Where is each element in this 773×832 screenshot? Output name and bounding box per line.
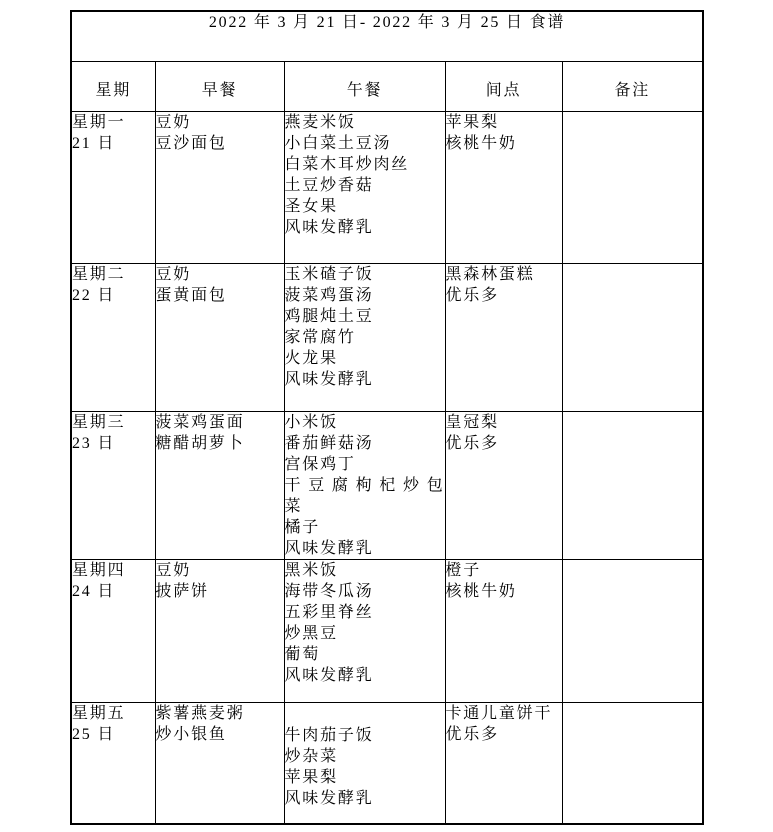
menu-line: 圣女果 (285, 196, 445, 217)
menu-line: 优乐多 (446, 724, 562, 745)
menu-line: 小白菜土豆汤 (285, 133, 445, 154)
menu-line: 星期一 (72, 112, 155, 133)
menu-line: 菠菜鸡蛋汤 (285, 285, 445, 306)
menu-line: 优乐多 (446, 433, 562, 454)
menu-line: 家常腐竹 (285, 327, 445, 348)
menu-line: 星期二 (72, 264, 155, 285)
menu-table: 2022 年 3 月 21 日- 2022 年 3 月 25 日 食谱 星期 早… (70, 10, 704, 825)
menu-line: 炒杂菜 (285, 746, 445, 767)
menu-line: 土豆炒香菇 (285, 175, 445, 196)
cell-lunch-wednesday: 小米饭番茄鲜菇汤宫保鸡丁干豆腐枸杞炒包菜橘子风味发酵乳 (284, 411, 445, 559)
cell-note-wednesday (562, 411, 703, 559)
menu-line: 火龙果 (285, 348, 445, 369)
menu-line: 橘子 (285, 517, 445, 538)
menu-line: 炒小银鱼 (156, 724, 284, 745)
menu-line: 燕麦米饭 (285, 112, 445, 133)
cell-note-friday (562, 702, 703, 824)
menu-line: 玉米碴子饭 (285, 264, 445, 285)
menu-line: 黑米饭 (285, 560, 445, 581)
menu-line: 24 日 (72, 581, 155, 602)
menu-line: 皇冠梨 (446, 412, 562, 433)
menu-line: 苹果梨 (446, 112, 562, 133)
cell-snack-wednesday: 皇冠梨优乐多 (445, 411, 562, 559)
menu-line: 白菜木耳炒肉丝 (285, 154, 445, 175)
col-header-snack: 间点 (445, 61, 562, 111)
menu-line: 小米饭 (285, 412, 445, 433)
menu-line: 苹果梨 (285, 767, 445, 788)
header-row: 星期 早餐 午餐 间点 备注 (71, 61, 703, 111)
cell-lunch-monday: 燕麦米饭小白菜土豆汤白菜木耳炒肉丝土豆炒香菇圣女果风味发酵乳 (284, 111, 445, 263)
menu-line: 披萨饼 (156, 581, 284, 602)
menu-line: 风味发酵乳 (285, 217, 445, 238)
col-header-weekday: 星期 (71, 61, 155, 111)
cell-breakfast-wednesday: 菠菜鸡蛋面糖醋胡萝卜 (155, 411, 284, 559)
menu-line: 干豆腐枸杞炒包 (285, 475, 445, 496)
menu-line: 风味发酵乳 (285, 369, 445, 390)
cell-weekday-thursday: 星期四24 日 (71, 559, 155, 702)
menu-line: 番茄鲜菇汤 (285, 433, 445, 454)
menu-line: 星期三 (72, 412, 155, 433)
menu-line: 黑森林蛋糕 (446, 264, 562, 285)
menu-line: 蛋黄面包 (156, 285, 284, 306)
cell-breakfast-friday: 紫薯燕麦粥炒小银鱼 (155, 702, 284, 824)
cell-breakfast-monday: 豆奶豆沙面包 (155, 111, 284, 263)
menu-line: 糖醋胡萝卜 (156, 433, 284, 454)
table-title: 2022 年 3 月 21 日- 2022 年 3 月 25 日 食谱 (71, 11, 703, 61)
menu-line: 25 日 (72, 724, 155, 745)
cell-lunch-tuesday: 玉米碴子饭菠菜鸡蛋汤鸡腿炖土豆家常腐竹火龙果风味发酵乳 (284, 263, 445, 411)
row-tuesday: 星期二22 日 豆奶蛋黄面包 玉米碴子饭菠菜鸡蛋汤鸡腿炖土豆家常腐竹火龙果风味发… (71, 263, 703, 411)
menu-line: 星期五 (72, 703, 155, 724)
menu-line: 星期四 (72, 560, 155, 581)
cell-snack-thursday: 橙子核桃牛奶 (445, 559, 562, 702)
menu-line: 鸡腿炖土豆 (285, 306, 445, 327)
menu-line: 豆奶 (156, 264, 284, 285)
menu-line: 核桃牛奶 (446, 133, 562, 154)
row-thursday: 星期四24 日 豆奶披萨饼 黑米饭海带冬瓜汤五彩里脊丝炒黑豆葡萄风味发酵乳 橙子… (71, 559, 703, 702)
menu-line: 风味发酵乳 (285, 665, 445, 686)
title-row: 2022 年 3 月 21 日- 2022 年 3 月 25 日 食谱 (71, 11, 703, 61)
menu-line: 宫保鸡丁 (285, 454, 445, 475)
menu-line: 优乐多 (446, 285, 562, 306)
menu-line: 豆奶 (156, 112, 284, 133)
menu-line: 海带冬瓜汤 (285, 581, 445, 602)
menu-line: 23 日 (72, 433, 155, 454)
cell-weekday-tuesday: 星期二22 日 (71, 263, 155, 411)
col-header-notes: 备注 (562, 61, 703, 111)
menu-line: 炒黑豆 (285, 623, 445, 644)
menu-line: 菜 (285, 496, 445, 517)
cell-snack-tuesday: 黑森林蛋糕优乐多 (445, 263, 562, 411)
menu-line: 五彩里脊丝 (285, 602, 445, 623)
cell-snack-friday: 卡通儿童饼干优乐多 (445, 702, 562, 824)
cell-lunch-friday: 牛肉茄子饭炒杂菜苹果梨风味发酵乳 (284, 702, 445, 824)
menu-line: 风味发酵乳 (285, 788, 445, 809)
menu-line: 橙子 (446, 560, 562, 581)
menu-line: 豆沙面包 (156, 133, 284, 154)
cell-weekday-monday: 星期一21 日 (71, 111, 155, 263)
menu-line: 菠菜鸡蛋面 (156, 412, 284, 433)
row-monday: 星期一21 日 豆奶豆沙面包 燕麦米饭小白菜土豆汤白菜木耳炒肉丝土豆炒香菇圣女果… (71, 111, 703, 263)
menu-line: 卡通儿童饼干 (446, 703, 562, 724)
menu-line: 风味发酵乳 (285, 538, 445, 559)
row-friday: 星期五25 日 紫薯燕麦粥炒小银鱼 牛肉茄子饭炒杂菜苹果梨风味发酵乳 卡通儿童饼… (71, 702, 703, 824)
menu-line: 22 日 (72, 285, 155, 306)
menu-line: 豆奶 (156, 560, 284, 581)
cell-snack-monday: 苹果梨核桃牛奶 (445, 111, 562, 263)
cell-breakfast-tuesday: 豆奶蛋黄面包 (155, 263, 284, 411)
menu-line: 紫薯燕麦粥 (156, 703, 284, 724)
menu-line: 牛肉茄子饭 (285, 725, 445, 746)
cell-lunch-thursday: 黑米饭海带冬瓜汤五彩里脊丝炒黑豆葡萄风味发酵乳 (284, 559, 445, 702)
cell-note-tuesday (562, 263, 703, 411)
menu-line: 核桃牛奶 (446, 581, 562, 602)
cell-note-monday (562, 111, 703, 263)
cell-breakfast-thursday: 豆奶披萨饼 (155, 559, 284, 702)
cell-weekday-friday: 星期五25 日 (71, 702, 155, 824)
document-page: 2022 年 3 月 21 日- 2022 年 3 月 25 日 食谱 星期 早… (0, 0, 773, 832)
col-header-lunch: 午餐 (284, 61, 445, 111)
cell-note-thursday (562, 559, 703, 702)
menu-line: 葡萄 (285, 644, 445, 665)
cell-weekday-wednesday: 星期三23 日 (71, 411, 155, 559)
menu-line: 21 日 (72, 133, 155, 154)
col-header-breakfast: 早餐 (155, 61, 284, 111)
row-wednesday: 星期三23 日 菠菜鸡蛋面糖醋胡萝卜 小米饭番茄鲜菇汤宫保鸡丁干豆腐枸杞炒包菜橘… (71, 411, 703, 559)
